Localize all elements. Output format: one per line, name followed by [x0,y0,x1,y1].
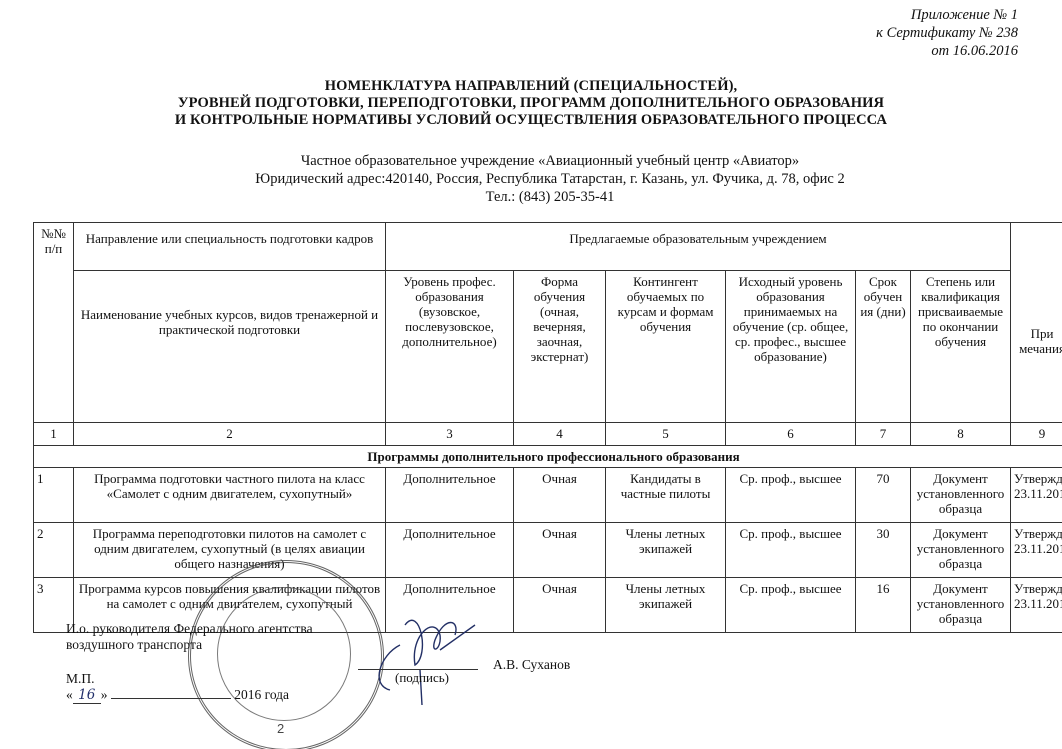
appendix-line-2: к Сертификату № 238 [876,24,1018,42]
signature-caption: (подпись) [395,670,449,686]
row-num: 2 [34,523,74,578]
header-level: Уровень профес. образования (вузовское, … [386,271,514,423]
column-number: 7 [856,423,911,446]
title-line-1: НОМЕНКЛАТУРА НАПРАВЛЕНИЙ (СПЕЦИАЛЬНОСТЕЙ… [0,78,1062,95]
row-duration: 70 [856,468,911,523]
appendix-line-3: от 16.06.2016 [876,42,1018,60]
header-notes: При мечания [1011,223,1062,423]
row-form: Очная [514,578,606,633]
date-year: 2016 года [234,687,289,702]
position-line-1: И.о. руководителя Федерального агентства [66,621,313,637]
row-qualification: Документ установленного образца [911,578,1011,633]
title-line-2: УРОВНЕЙ ПОДГОТОВКИ, ПЕРЕПОДГОТОВКИ, ПРОГ… [0,95,1062,112]
table-row: 2 Программа переподготовки пилотов на са… [34,523,1062,578]
position-line-2: воздушного транспорта [66,637,313,653]
row-course-name: Программа подготовки частного пилота на … [74,468,386,523]
row-entry-level: Ср. проф., высшее [726,468,856,523]
row-notes: Утверждена 23.11.2015 [1011,523,1062,578]
section-title: Программы дополнительного профессиональн… [34,446,1062,468]
row-num: 1 [34,468,74,523]
header-duration: Срок обучен ия (дни) [856,271,911,423]
appendix-reference: Приложение № 1 к Сертификату № 238 от 16… [876,6,1018,60]
column-number: 3 [386,423,514,446]
signing-date: «16» 2016 года [66,687,289,704]
seal-label: М.П. [66,671,95,687]
header-form: Форма обучения (очная, вечерняя, заочная… [514,271,606,423]
handwritten-signature-icon [360,595,480,705]
document-title: НОМЕНКЛАТУРА НАПРАВЛЕНИЙ (СПЕЦИАЛЬНОСТЕЙ… [0,78,1062,129]
row-course-name: Программа переподготовки пилотов на само… [74,523,386,578]
date-day: 16 [73,687,101,704]
org-name: Частное образовательное учреждение «Авиа… [0,152,1062,170]
row-form: Очная [514,468,606,523]
official-seal-stamp: 2 [188,560,384,749]
org-address: Юридический адрес:420140, Россия, Респуб… [0,170,1062,188]
header-contingent: Контингент обучаемых по курсам и формам … [606,271,726,423]
programs-table: №№ п/п Направление или специальность под… [33,222,1062,633]
column-number: 8 [911,423,1011,446]
column-number: 4 [514,423,606,446]
row-qualification: Документ установленного образца [911,523,1011,578]
header-row-2: Наименование учебных курсов, видов трена… [34,271,1062,423]
row-notes: Утверждена 23.11.2015 [1011,468,1062,523]
header-direction: Направление или специальность подготовки… [74,223,386,271]
signer-name: А.В. Суханов [493,657,570,673]
row-form: Очная [514,523,606,578]
row-duration: 30 [856,523,911,578]
row-notes: Утверждена 23.11.2015 [1011,578,1062,633]
table-row: 1 Программа подготовки частного пилота н… [34,468,1062,523]
column-number: 5 [606,423,726,446]
header-num: №№ п/п [34,223,74,423]
row-entry-level: Ср. проф., высшее [726,578,856,633]
signatory-position: И.о. руководителя Федерального агентства… [66,621,313,653]
row-contingent: Члены летных экипажей [606,523,726,578]
column-number: 9 [1011,423,1062,446]
row-contingent: Кандидаты в частные пилоты [606,468,726,523]
row-contingent: Члены летных экипажей [606,578,726,633]
title-line-3: И КОНТРОЛЬНЫЕ НОРМАТИВЫ УСЛОВИЙ ОСУЩЕСТВ… [0,112,1062,129]
org-phone: Тел.: (843) 205-35-41 [0,188,1062,206]
header-offered: Предлагаемые образовательным учреждением [386,223,1011,271]
column-number: 2 [74,423,386,446]
header-row-1: №№ п/п Направление или специальность под… [34,223,1062,271]
header-entry-level: Исходный уровень образования принимаемых… [726,271,856,423]
row-level: Дополнительное [386,523,514,578]
header-course-name: Наименование учебных курсов, видов трена… [74,271,386,423]
header-qualification: Степень или квалификация присваиваемые п… [911,271,1011,423]
column-number-row: 1 2 3 4 5 6 7 8 9 [34,423,1062,446]
column-number: 1 [34,423,74,446]
section-row: Программы дополнительного профессиональн… [34,446,1062,468]
organization-info: Частное образовательное учреждение «Авиа… [0,152,1062,206]
row-duration: 16 [856,578,911,633]
row-entry-level: Ср. проф., высшее [726,523,856,578]
stamp-number: 2 [277,721,284,736]
appendix-line-1: Приложение № 1 [876,6,1018,24]
column-number: 6 [726,423,856,446]
row-level: Дополнительное [386,468,514,523]
row-qualification: Документ установленного образца [911,468,1011,523]
